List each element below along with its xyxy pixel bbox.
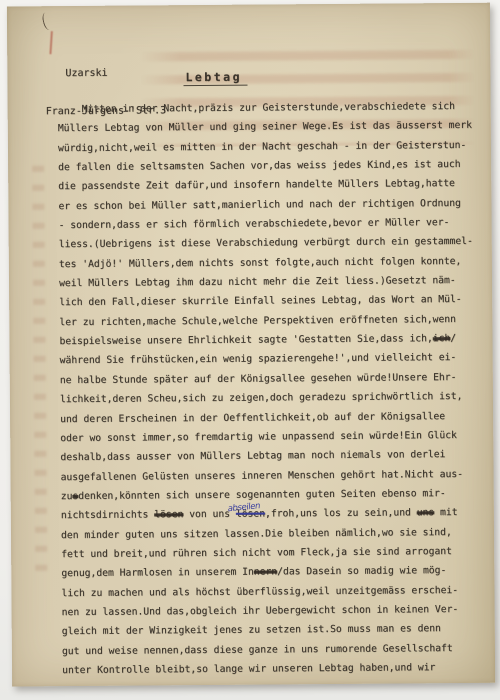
typed-text: genug,dem Harmlosen in unserem In xyxy=(61,567,254,580)
photo-background: Uzarski Franz-Jürgens-'Str.3 Lebtag Mitt… xyxy=(0,0,500,700)
handwritten-annotation: abseilen xyxy=(227,497,261,519)
typed-text: ausgefallenen Gelüsten unseres inneren M… xyxy=(61,468,464,482)
typed-over-deletion: ich xyxy=(433,333,451,344)
typed-text: tes 'Adjö!' Müllers,dem nichts sonst fol… xyxy=(59,256,462,270)
typewritten-page: Uzarski Franz-Jürgens-'Str.3 Lebtag Mitt… xyxy=(7,3,495,687)
typed-text: unter Kontrolle bleibt,so lange wir unse… xyxy=(62,662,435,676)
typed-text: lich zu machen und als höchst überflüssi… xyxy=(61,585,458,599)
typed-text: die passendste Zeit dafür,und insofern h… xyxy=(58,178,455,192)
typed-text: ne halbe Stunde später auf der Königsall… xyxy=(60,372,457,386)
typed-text: mit xyxy=(434,507,457,518)
typed-text: gut und weise nennen,dass diese ganze in… xyxy=(62,643,453,657)
ink-bleed-through-margin xyxy=(32,156,47,576)
typed-text: - sondern,dass er sich förmlich verabsch… xyxy=(59,217,450,231)
pen-corrected-word: lösenabseilen xyxy=(236,509,265,520)
typed-text: /das Dasein so madig wie mög- xyxy=(277,565,446,577)
typed-text: zu xyxy=(61,491,73,502)
typed-text: während Sie frühstücken,ein wenig spazie… xyxy=(60,352,457,366)
pen-mark xyxy=(41,11,54,31)
typed-text: de fallen die seltsamsten Sachen vor,das… xyxy=(58,159,461,173)
typed-text: Müllers Lebtag von Müller und ging seine… xyxy=(58,120,472,134)
typed-line: unter Kontrolle bleibt,so lange wir unse… xyxy=(62,658,486,681)
typed-text: nichtsdirnichts xyxy=(61,510,154,522)
typed-line: lichkeit,deren Scheu,sich zu zeigen,doch… xyxy=(60,387,484,410)
sender-name: Uzarski xyxy=(45,67,166,80)
typed-text: ,froh,uns los zu sein,und xyxy=(265,508,417,520)
typed-text: er es schon bei Müller satt,manierlich u… xyxy=(58,198,461,212)
typed-body: Mitten in der Nacht,präzis zur Geisterst… xyxy=(58,97,487,681)
typed-over-deletion: nern xyxy=(254,567,277,578)
typed-text: denken,könnten sich unsere sogenannten g… xyxy=(78,488,446,502)
document-title: Lebtag xyxy=(183,70,247,86)
typed-over-deletion: lösen xyxy=(154,509,183,520)
typed-text: beispielsweise unsere Ehrlichkeit sagte … xyxy=(59,333,432,347)
typed-text: fett und breit,und rühren sich nicht vom… xyxy=(61,546,452,560)
typed-text: lichkeit,deren Scheu,sich zu zeigen,doch… xyxy=(60,391,463,405)
typed-text: und deren Erscheinen in der Oeffentlichk… xyxy=(60,411,445,425)
typed-line: deshalb,dass ausser von Müllers Lebtag m… xyxy=(60,445,484,468)
typed-over-deletion: uns xyxy=(417,507,435,518)
typed-text: würdig,nicht,weil es mitten in der Nacht… xyxy=(58,140,466,154)
typed-text: lich den Fall,dieser skurrile Einfall se… xyxy=(59,294,462,308)
typed-text: Mitten in der Nacht,präzis zur Geisterst… xyxy=(82,101,455,115)
typed-text: deshalb,dass ausser von Müllers Lebtag m… xyxy=(60,449,445,463)
typed-text: / xyxy=(450,333,456,344)
typed-text: ler zu richten,mache Schule,welche Persp… xyxy=(59,314,456,328)
typed-text: nen zu lassen.Und das,obgleich ihr Ueber… xyxy=(62,604,459,618)
typed-text: weil Müllers Lebtag ihm dazu nicht mehr … xyxy=(59,275,456,289)
typed-text: oder wo sonst immer,so fremdartig wie un… xyxy=(60,430,457,444)
typed-text: liess.(Uebrigens ist diese Verabschiedun… xyxy=(59,236,473,250)
typed-text: den minder guten uns sitzen lassen.Die b… xyxy=(61,527,452,541)
typed-text: gleich mit der Winzigkeit jenes zu setze… xyxy=(62,623,441,637)
